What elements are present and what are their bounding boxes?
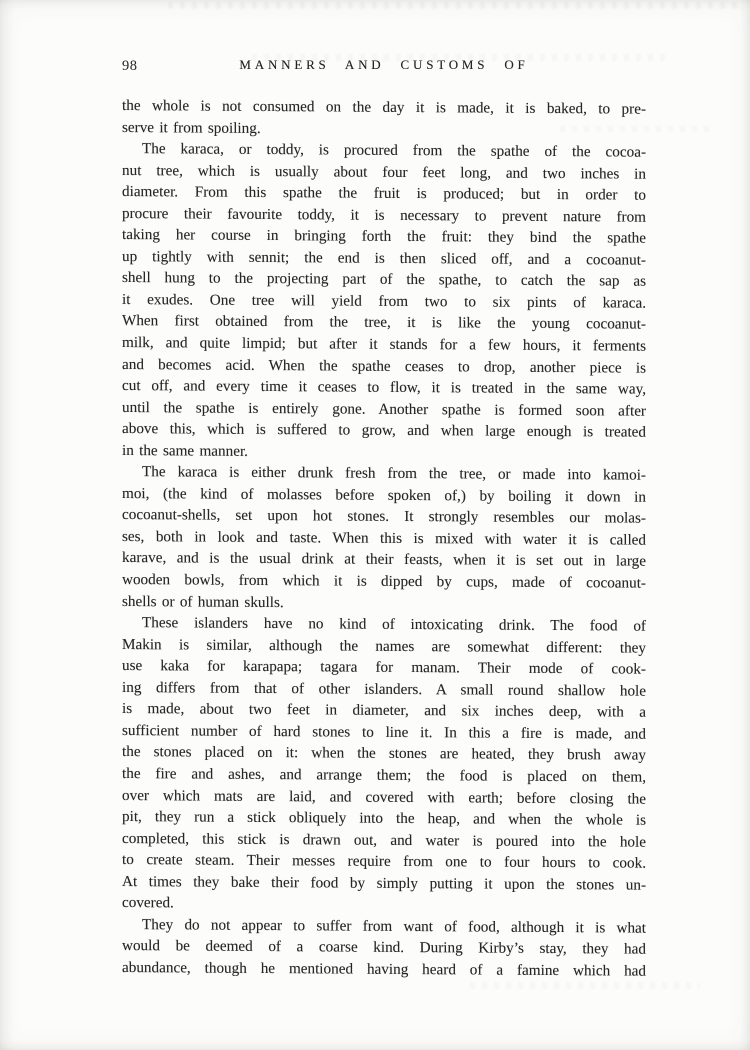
text-line: abundance, though he mentioned having he… <box>122 957 646 982</box>
text-line: the whole is not consumed on the day it … <box>122 95 646 120</box>
text-line: cut off, and every time it ceases to flo… <box>122 375 646 400</box>
book-page-scan: 98 MANNERS AND CUSTOMS OF the whole is n… <box>0 0 750 1050</box>
text-line: the fire and ashes, and arrange them; th… <box>122 763 646 788</box>
paragraph: the whole is not consumed on the day it … <box>122 95 646 142</box>
paragraph: The karaca, or toddy, is procured from t… <box>122 138 646 465</box>
running-header: 98 MANNERS AND CUSTOMS OF <box>122 57 646 75</box>
paragraph: They do not appear to suffer from want o… <box>122 914 646 982</box>
running-header-title: MANNERS AND CUSTOMS OF <box>122 57 646 73</box>
text-line: pit, they run a stick obliquely into the… <box>122 806 646 831</box>
text-line: milk, and quite limpid; but after it sta… <box>122 332 646 357</box>
scan-artifact <box>470 982 700 989</box>
page-number: 98 <box>122 58 138 75</box>
text-line: At times they bake their food by simply … <box>122 871 646 896</box>
text-block: the whole is not consumed on the day it … <box>122 95 646 982</box>
paragraph: The karaca is either drunk fresh from th… <box>122 461 646 615</box>
text-line: wooden bowls, from which it is dipped by… <box>122 569 646 594</box>
scan-artifact <box>168 2 738 9</box>
paragraph: These islanders have no kind of intoxica… <box>122 612 646 917</box>
text-line: The karaca, or toddy, is procured from t… <box>122 138 646 163</box>
